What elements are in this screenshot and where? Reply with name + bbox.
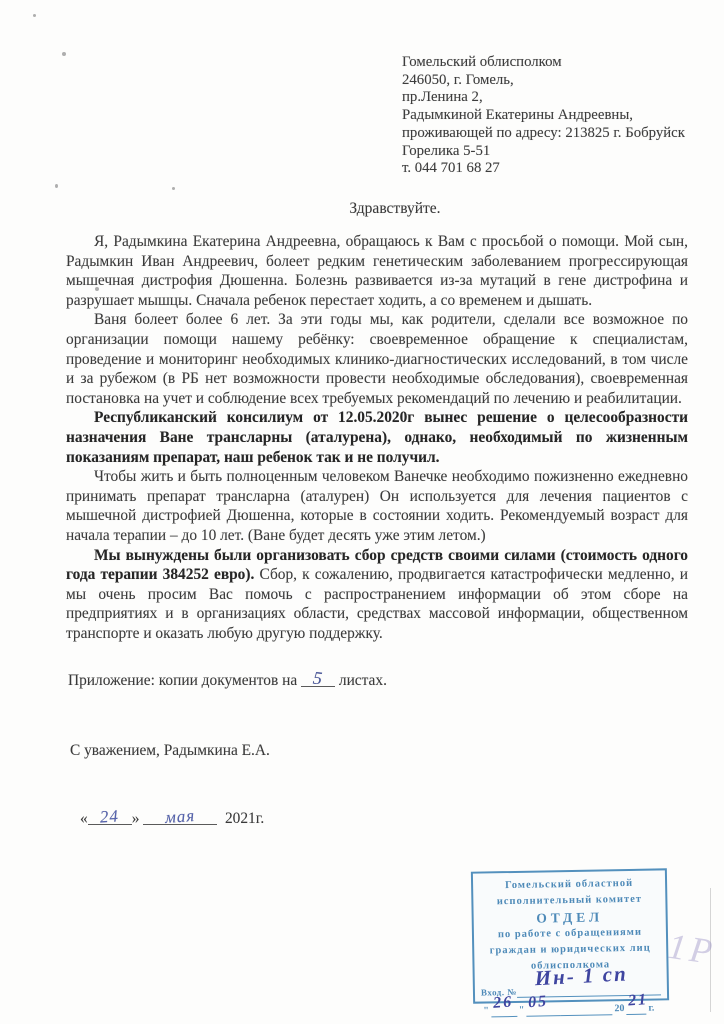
letter-paragraph: Ваня болеет более 6 лет. За эти годы мы,…	[66, 310, 688, 408]
paragraph-text: Я, Радымкина Екатерина Андреевна, обраща…	[66, 233, 688, 309]
date-year: 2021г.	[225, 810, 264, 827]
attachment-line: Приложение: копии документов на 5 листах…	[68, 672, 387, 690]
letter-paragraph: Чтобы жить и быть полноценным человеком …	[66, 467, 688, 545]
scan-speck	[55, 184, 58, 188]
stamp-month-blank: 05	[526, 1001, 560, 1017]
handwritten-stamp-year: 21	[628, 994, 649, 1007]
stamp-line: граждан и юридических лиц	[474, 940, 666, 959]
stamp-org-line: исполнительный комитет	[473, 891, 665, 910]
recipient-line: Горелика 5-51	[402, 143, 685, 161]
handwritten-sheet-count: 5	[313, 673, 324, 684]
scanned-letter-page: Гомельский облисполком 246050, г. Гомель…	[0, 0, 724, 1024]
letter-paragraph: Я, Радымкина Екатерина Андреевна, обраща…	[66, 232, 688, 310]
handwritten-stamp-month: 05	[528, 996, 549, 1009]
stamp-day-blank: 26	[491, 1002, 517, 1017]
scan-speck	[33, 14, 36, 17]
signature-line: С уважением, Радымкина Е.А.	[70, 742, 270, 760]
stamp-quote-open: "	[481, 1005, 491, 1017]
date-month-blank: мая	[143, 813, 217, 825]
letter-paragraph: Республиканский консилиум от 12.05.2020г…	[66, 408, 688, 467]
stamp-quote-close: "	[517, 1005, 527, 1017]
scan-speck	[172, 187, 175, 190]
date-open-quote: «	[80, 810, 88, 827]
handwritten-month: мая	[165, 811, 196, 823]
handwritten-day: 24	[100, 811, 120, 822]
paragraph-text: Чтобы жить и быть полноценным человеком …	[66, 468, 688, 544]
stamp-blank-line	[560, 1000, 612, 1016]
recipient-line: 246050, г. Гомель,	[402, 72, 685, 90]
scan-speck	[62, 52, 66, 56]
recipient-block: Гомельский облисполком 246050, г. Гомель…	[402, 54, 685, 178]
attachment-blank: 5	[301, 674, 335, 687]
recipient-line: проживающей по адресу: 213825 г. Бобруйс…	[402, 125, 685, 143]
recipient-line: т. 044 701 68 27	[402, 160, 685, 178]
paragraph-text: Ваня болеет более 6 лет. За эти годы мы,…	[66, 311, 688, 406]
margin-mark: 1Р	[665, 925, 718, 973]
letter-body: Я, Радымкина Екатерина Андреевна, обраща…	[66, 232, 688, 643]
recipient-line: Гомельский облисполком	[402, 54, 685, 72]
date-close-quote: »	[132, 810, 140, 827]
stamp-year-prefix: 20	[612, 1003, 626, 1015]
paragraph-bold-text: Республиканский консилиум от 12.05.2020г…	[66, 409, 688, 465]
handwritten-reg-number: Ин- 1 сп	[534, 965, 628, 986]
greeting: Здравствуйте.	[84, 200, 706, 218]
handwritten-stamp-day: 26	[492, 997, 513, 1010]
attachment-suffix: листах.	[339, 672, 387, 689]
attachment-prefix: Приложение: копии документов на	[68, 672, 297, 689]
recipient-line: Радымкиной Екатерины Андреевны,	[402, 107, 685, 125]
date-line: «24» мая 2021г.	[80, 810, 264, 828]
letter-paragraph: Мы вынуждены были организовать сбор сред…	[66, 546, 688, 644]
date-day-blank: 24	[88, 813, 132, 825]
stamp-date-row: " 26 " 05 20 21 г.	[481, 999, 661, 1017]
stamp-year-blank: 21	[626, 1000, 646, 1015]
registration-stamp: Гомельский областной исполнительный коми…	[471, 868, 669, 1003]
recipient-line: пр.Ленина 2,	[402, 89, 685, 107]
